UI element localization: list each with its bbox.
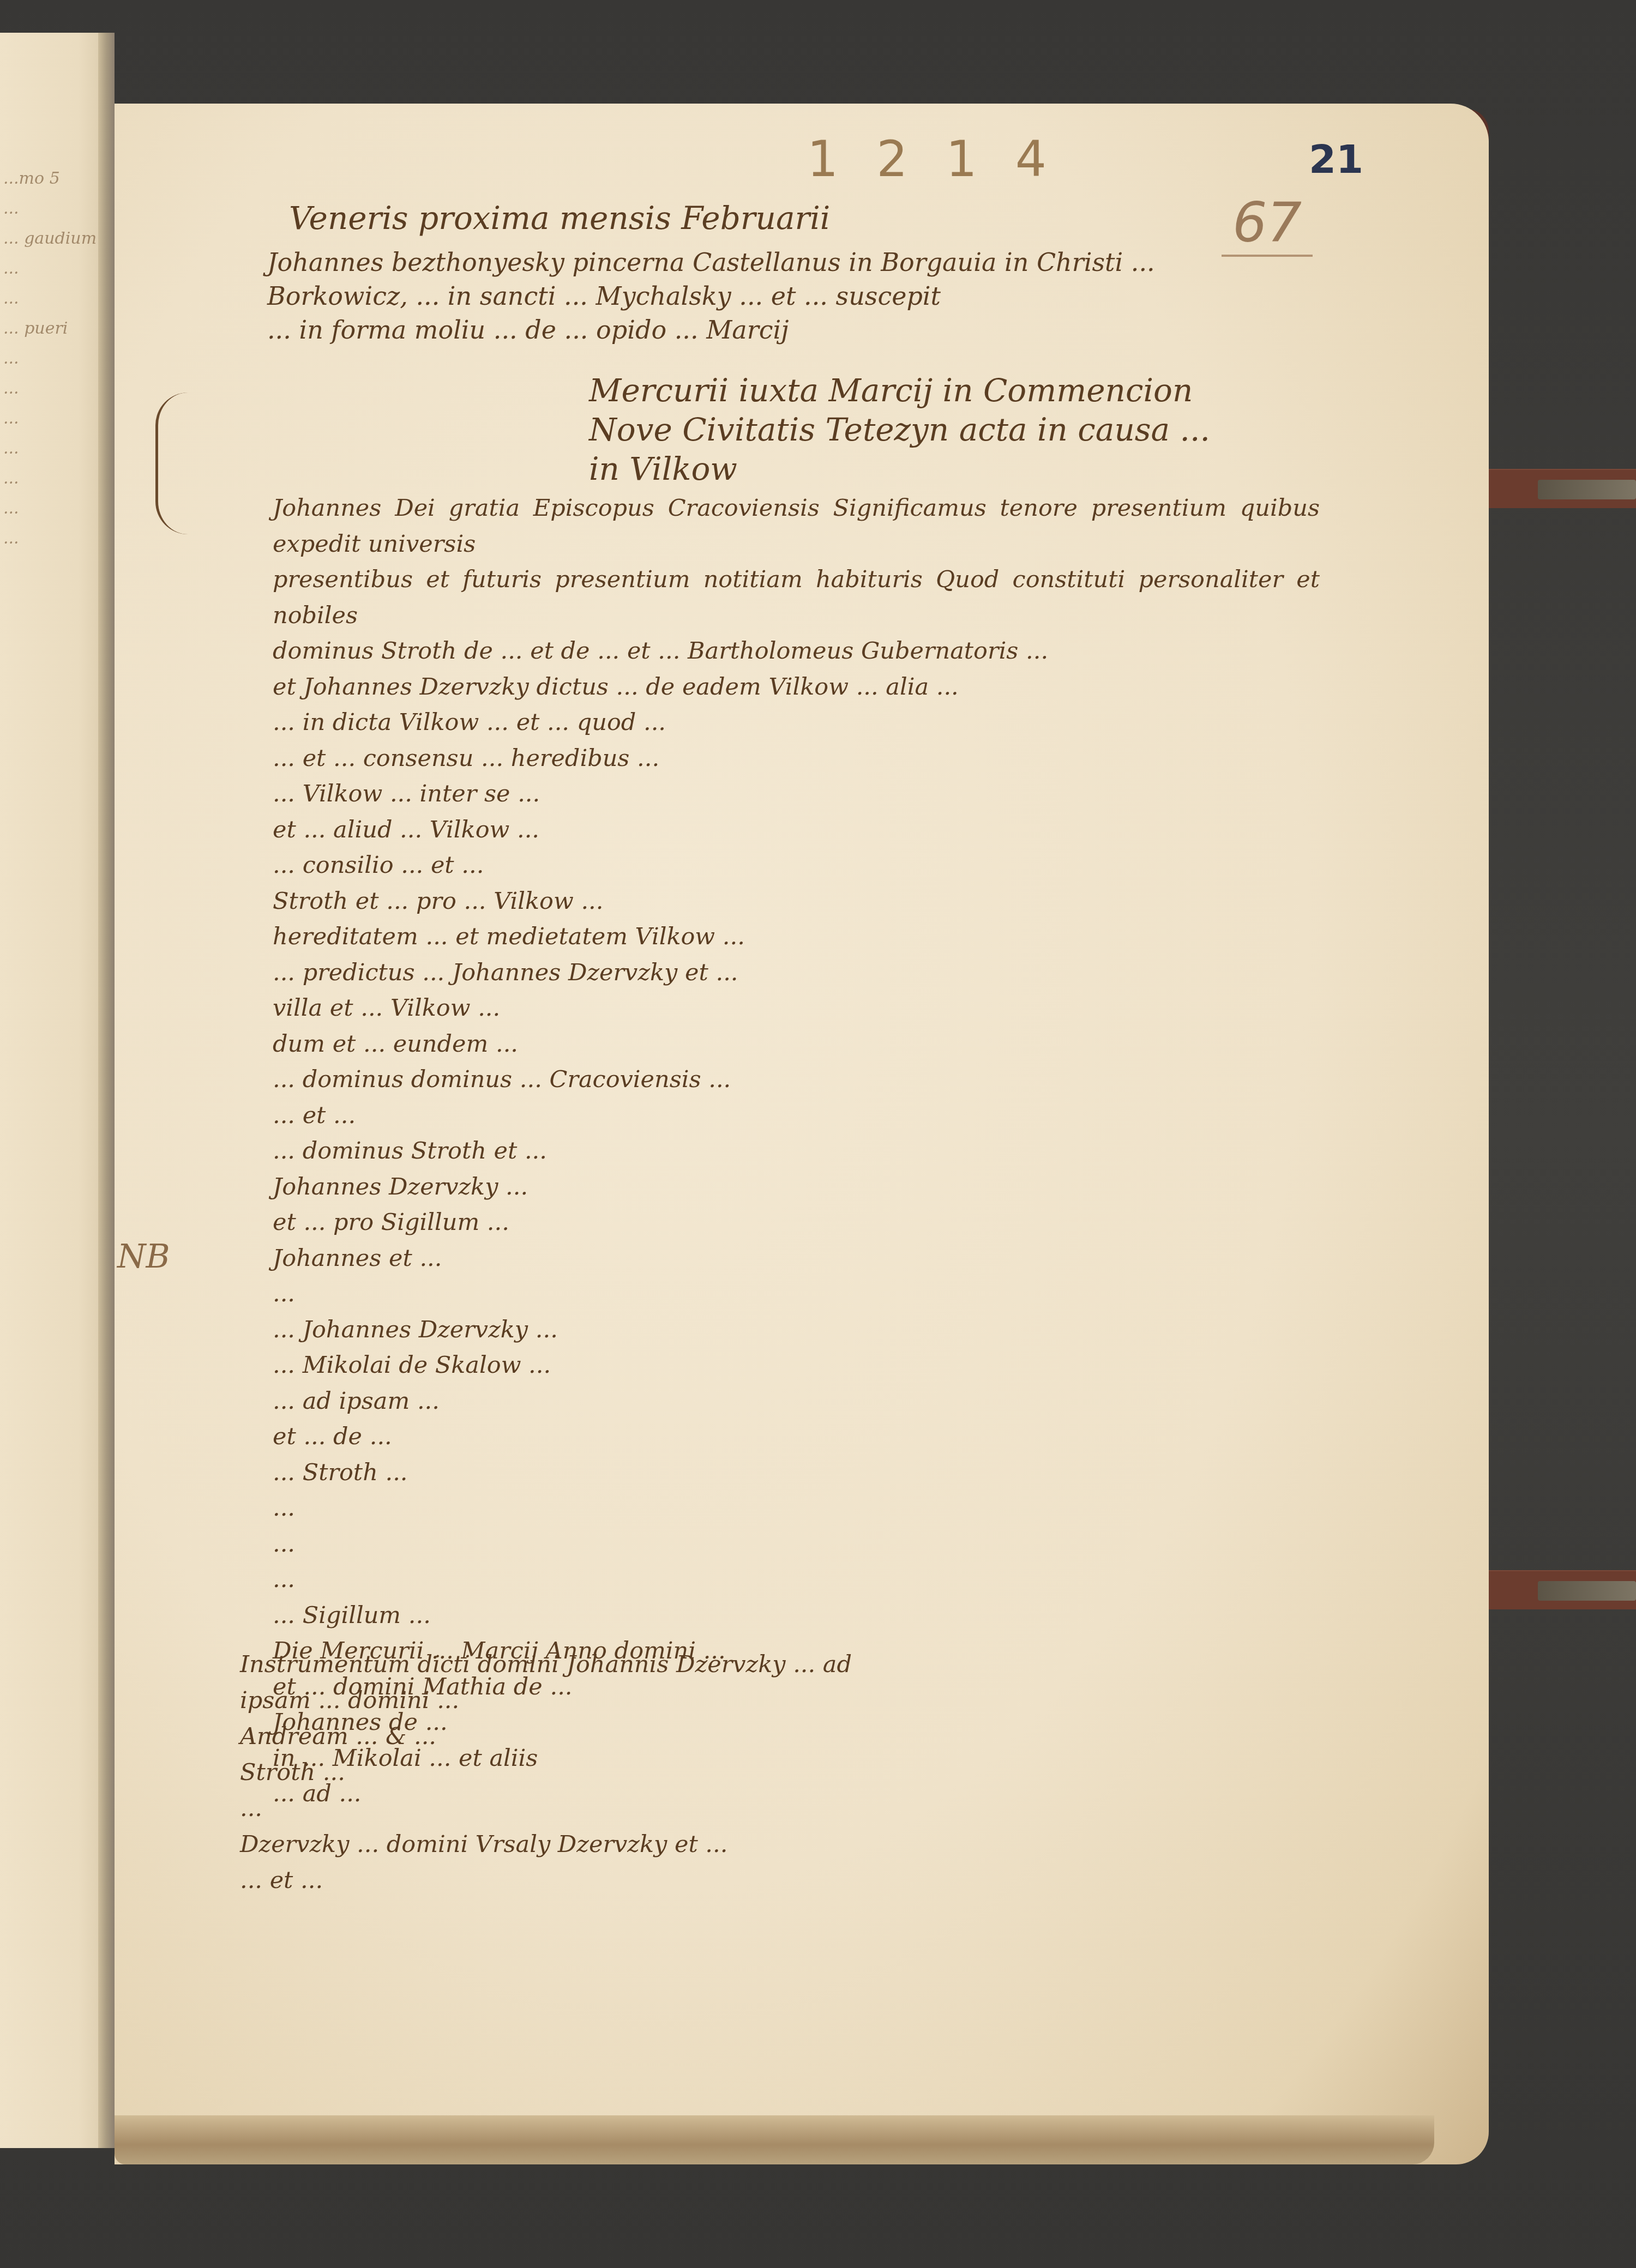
left-page-notes: ...mo 5 ... ... gaudium ... ... ... puer… bbox=[3, 164, 96, 553]
text-line: dum et ... eundem ... bbox=[273, 1027, 1320, 1063]
text-line: et Johannes Dzervzky dictus ... de eadem… bbox=[273, 669, 1320, 705]
text-line: ... Johannes Dzervzky ... bbox=[273, 1312, 1320, 1348]
text-line: Johannes et ... bbox=[273, 1241, 1320, 1277]
text-line: et ... pro Sigillum ... bbox=[273, 1205, 1320, 1241]
text-line: ... Sigillum ... bbox=[273, 1598, 1320, 1634]
text-line: ... et ... bbox=[240, 1862, 1276, 1898]
text-line: ipsam ... domini ... bbox=[240, 1682, 1276, 1718]
text-line: ... dominus dominus ... Cracoviensis ... bbox=[273, 1062, 1320, 1098]
text-line: hereditatem ... et medietatem Vilkow ... bbox=[273, 919, 1320, 955]
blue-folio-number: 21 bbox=[1309, 136, 1363, 182]
text-line: ... dominus Stroth et ... bbox=[273, 1133, 1320, 1169]
text-line: ... predictus ... Johannes Dzervzky et .… bbox=[273, 955, 1320, 991]
page-bottom-edge bbox=[115, 2115, 1434, 2164]
text-line: et ... de ... bbox=[273, 1419, 1320, 1455]
margin-annotation: NB bbox=[117, 1238, 170, 1276]
entry-heading: Veneris proxima mensis Februarii bbox=[289, 196, 830, 240]
text-line: Stroth et ... pro ... Vilkow ... bbox=[273, 884, 1320, 920]
margin-brace bbox=[155, 393, 202, 534]
book-gutter bbox=[98, 33, 115, 2148]
rubric-line: in Vilkow bbox=[589, 449, 1298, 488]
text-line: ... bbox=[273, 1527, 1320, 1563]
text-line: Dzervzky ... domini Vrsaly Dzervzky et .… bbox=[240, 1826, 1276, 1862]
text-line: Johannes Dei gratia Episcopus Cracoviens… bbox=[273, 491, 1320, 562]
text-line: ... ad ipsam ... bbox=[273, 1384, 1320, 1420]
text-line: ... bbox=[273, 1562, 1320, 1598]
text-line: Andream ... & ... bbox=[240, 1718, 1276, 1754]
rubric-line: Nove Civitatis Tetezyn acta in causa ... bbox=[589, 410, 1298, 449]
second-entry: Instrumentum dicti domini Johannis Dzerv… bbox=[240, 1646, 1276, 1898]
text-line: ... bbox=[240, 1790, 1276, 1826]
text-line: Johannes Dzervzky ... bbox=[273, 1169, 1320, 1205]
text-line: et ... aliud ... Vilkow ... bbox=[273, 812, 1320, 848]
pencil-foliation: 1214 bbox=[807, 131, 1085, 188]
clasp-plate bbox=[1538, 1581, 1636, 1601]
text-line: ... consilio ... et ... bbox=[273, 848, 1320, 884]
text-line: ... Vilkow ... inter se ... bbox=[273, 776, 1320, 812]
rubric-title: Mercurii iuxta Marcij in Commencion Nove… bbox=[589, 371, 1298, 488]
text-line: ... Mikolai de Skalow ... bbox=[273, 1348, 1320, 1384]
text-line: ... bbox=[273, 1491, 1320, 1527]
text-line: ... bbox=[273, 1276, 1320, 1312]
main-text-body: Johannes Dei gratia Episcopus Cracoviens… bbox=[273, 491, 1320, 1812]
text-line: ... in dicta Vilkow ... et ... quod ... bbox=[273, 705, 1320, 741]
text-line: Borkowicz, ... in sancti ... Mychalsky .… bbox=[267, 279, 1276, 313]
text-line: presentibus et futuris presentium notiti… bbox=[273, 562, 1320, 634]
clasp-upper bbox=[1472, 469, 1636, 508]
text-line: ... in forma moliu ... de ... opido ... … bbox=[267, 313, 1276, 347]
text-line: villa et ... Vilkow ... bbox=[273, 991, 1320, 1027]
text-line: Instrumentum dicti domini Johannis Dzerv… bbox=[240, 1646, 1276, 1682]
clasp-lower bbox=[1472, 1570, 1636, 1609]
text-line: Johannes bezthonyesky pincerna Castellan… bbox=[267, 245, 1276, 279]
first-entry: Johannes bezthonyesky pincerna Castellan… bbox=[267, 245, 1276, 347]
clasp-plate bbox=[1538, 480, 1636, 499]
rubric-line: Mercurii iuxta Marcij in Commencion bbox=[589, 371, 1298, 410]
text-line: ... et ... bbox=[273, 1098, 1320, 1134]
text-line: dominus Stroth de ... et de ... et ... B… bbox=[273, 634, 1320, 669]
text-line: ... Stroth ... bbox=[273, 1455, 1320, 1491]
text-line: Stroth ... bbox=[240, 1754, 1276, 1790]
text-line: ... et ... consensu ... heredibus ... bbox=[273, 741, 1320, 777]
